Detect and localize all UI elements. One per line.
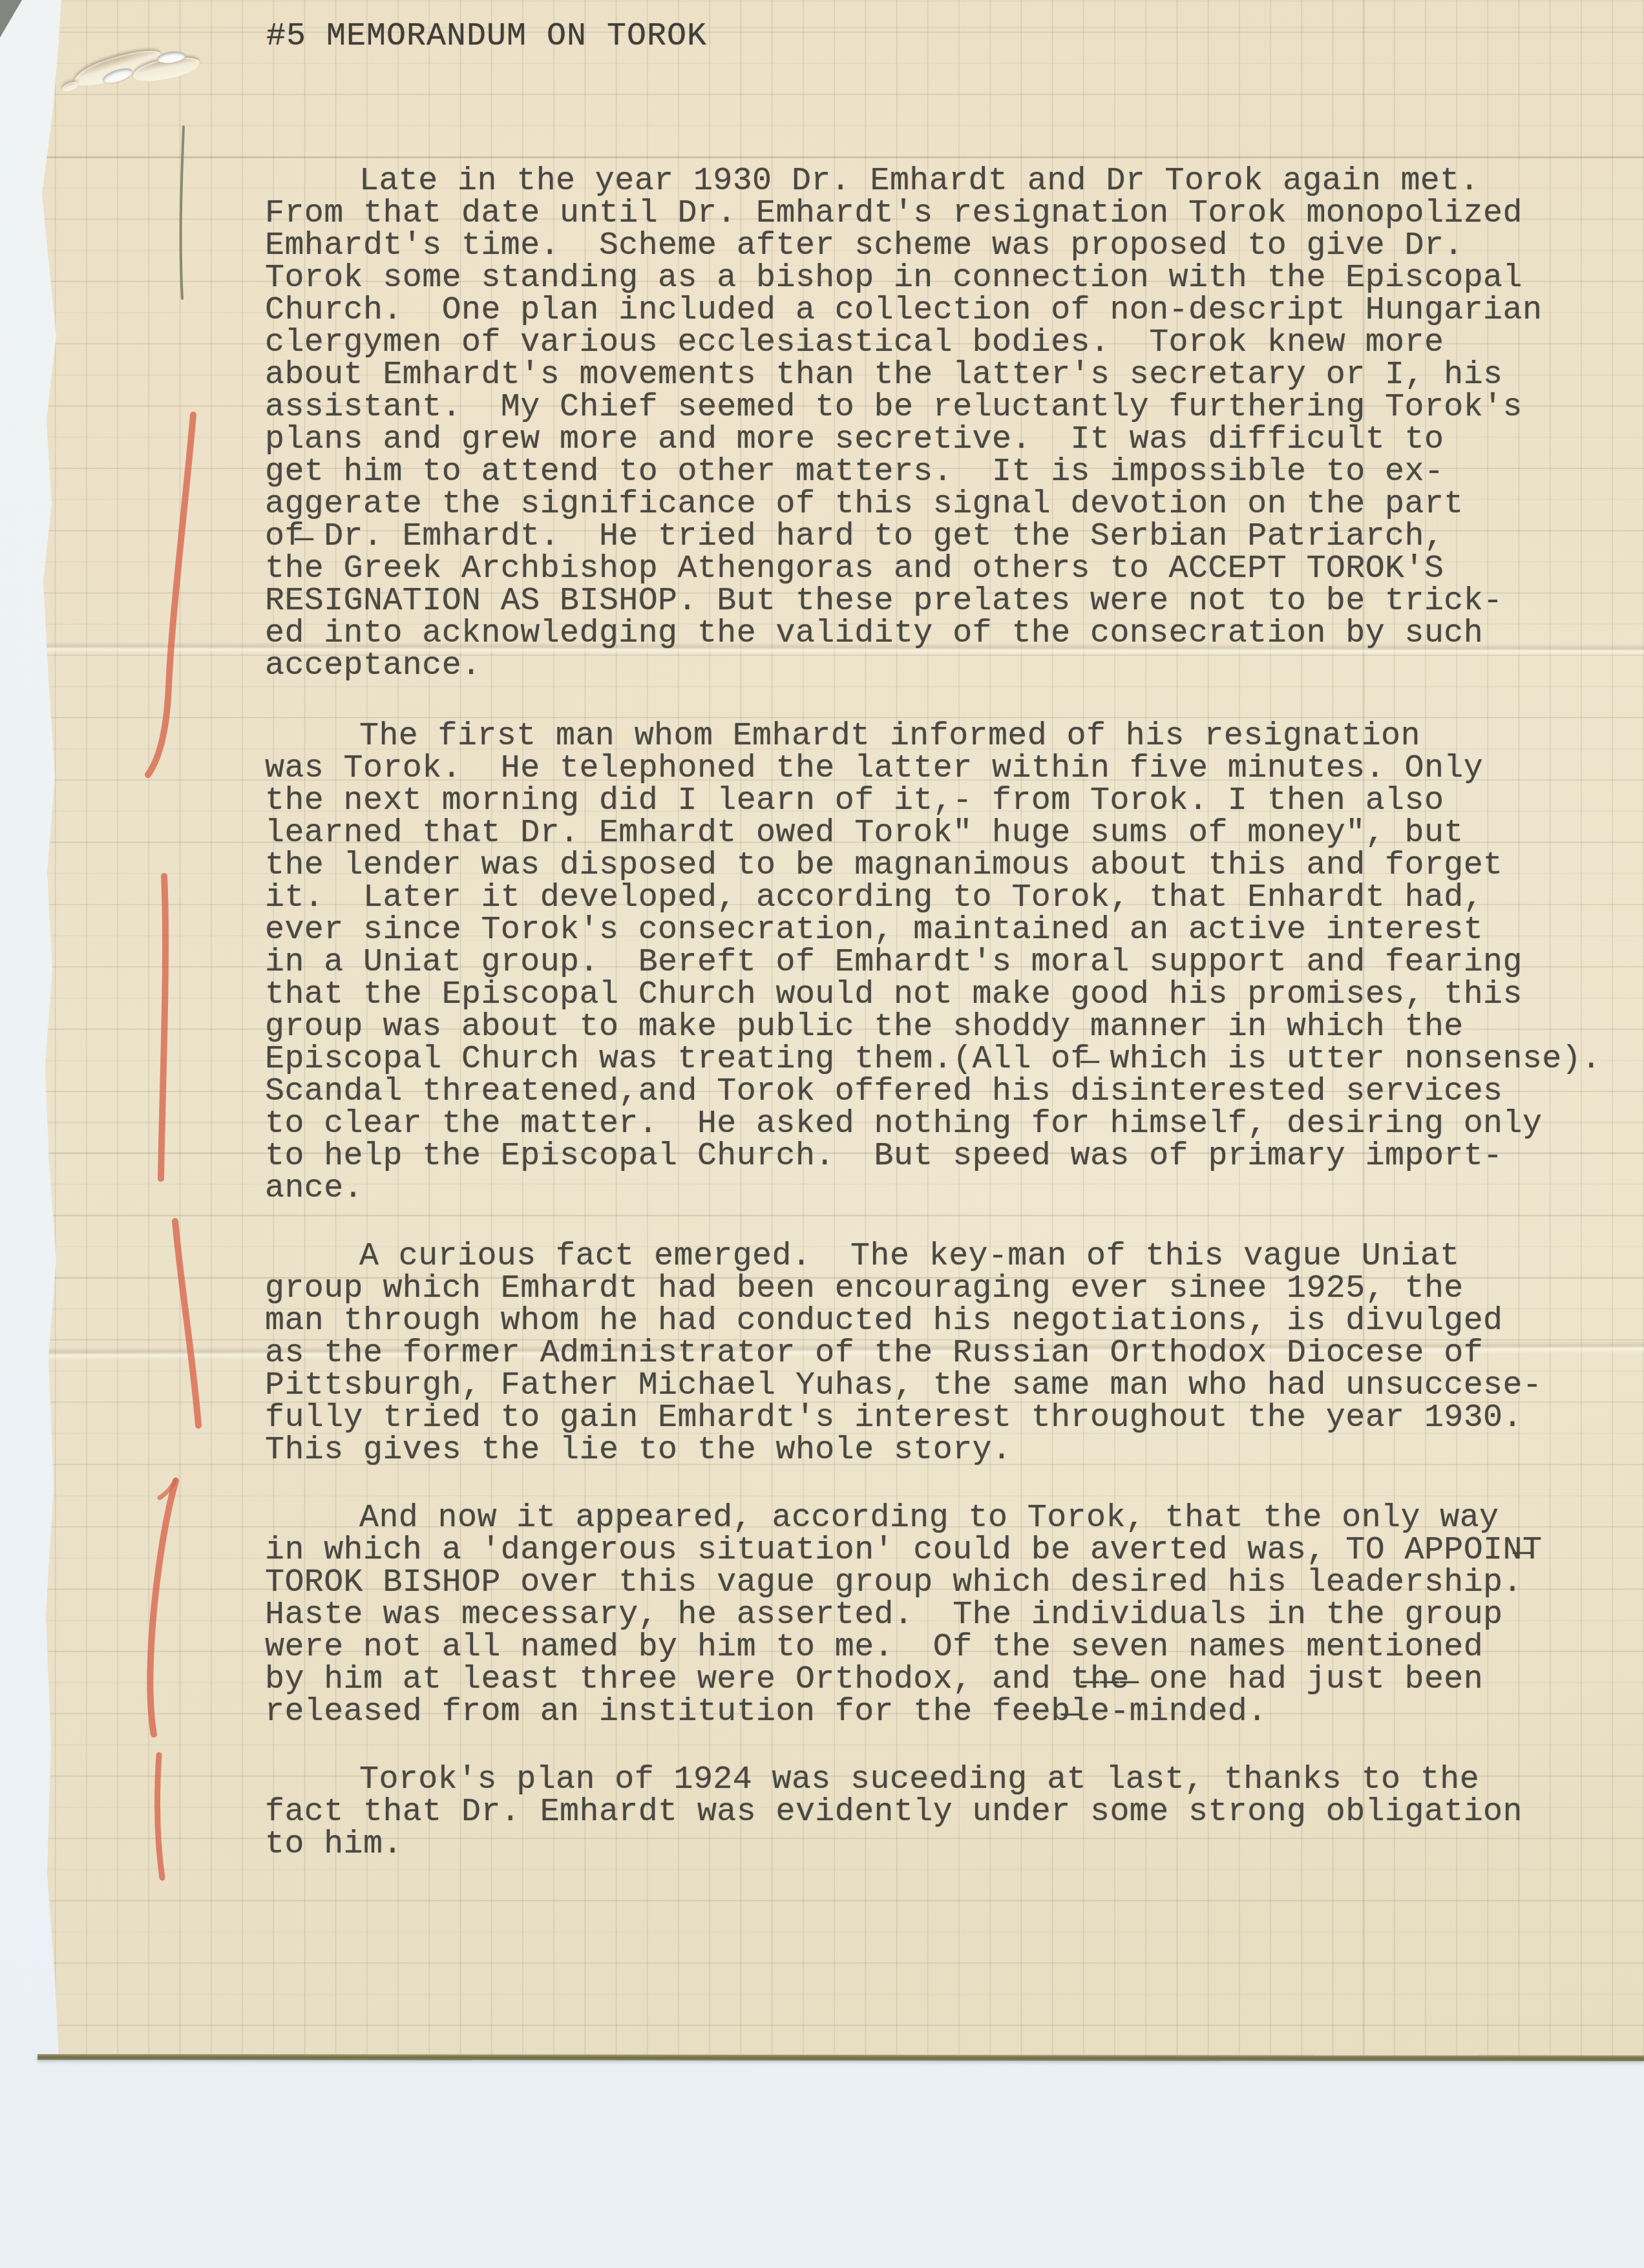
typewritten-text: #5 MEMORANDUM ON TOROK Late in the year … — [0, 0, 1644, 2268]
memo-title: #5 MEMORANDUM ON TOROK — [266, 19, 707, 54]
typewritten-paragraph: Torok's plan of 1924 was suceeding at la… — [265, 1764, 1644, 1861]
typewritten-paragraph: Late in the year 1930 Dr. Emhardt and Dr… — [265, 165, 1644, 682]
typewritten-paragraph: And now it appeared, according to Torok,… — [265, 1502, 1644, 1728]
typewritten-paragraph: A curious fact emerged. The key-man of t… — [265, 1241, 1644, 1467]
typewritten-paragraph: The first man whom Emhardt informed of h… — [265, 720, 1644, 1205]
